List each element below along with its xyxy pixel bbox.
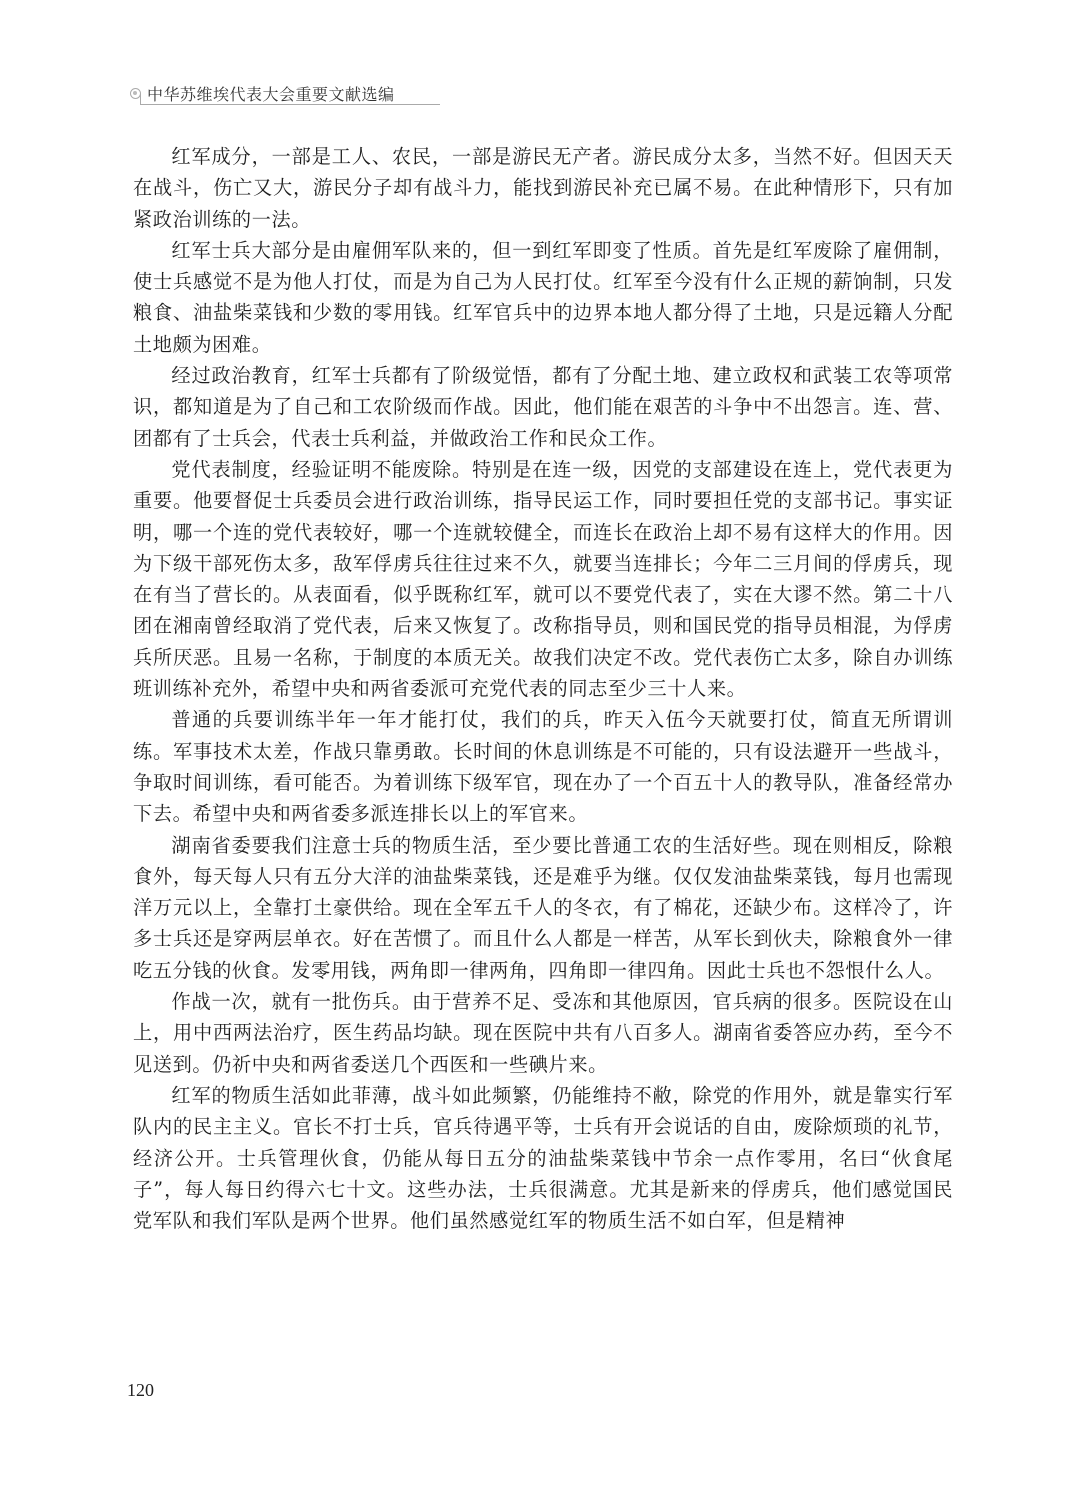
paragraph: 经过政治教育，红军士兵都有了阶级觉悟，都有了分配土地、建立政权和武装工农等项常识… xyxy=(133,360,953,454)
paragraph: 作战一次，就有一批伤兵。由于营养不足、受冻和其他原因，官兵病的很多。医院设在山上… xyxy=(133,986,953,1080)
paragraph: 红军成分，一部是工人、农民，一部是游民无产者。游民成分太多，当然不好。但因天天在… xyxy=(133,141,953,235)
paragraph: 红军士兵大部分是由雇佣军队来的，但一到红军即变了性质。首先是红军废除了雇佣制，使… xyxy=(133,235,953,360)
book-title: 中华苏维埃代表大会重要文献选编 xyxy=(147,82,395,105)
paragraph: 湖南省委要我们注意士兵的物质生活，至少要比普通工农的生活好些。现在则相反，除粮食… xyxy=(133,830,953,986)
paragraph: 党代表制度，经验证明不能废除。特别是在连一级，因党的支部建设在连上，党代表更为重… xyxy=(133,454,953,704)
body-text: 红军成分，一部是工人、农民，一部是游民无产者。游民成分太多，当然不好。但因天天在… xyxy=(133,141,953,1236)
paragraph: 普通的兵要训练半年一年才能打仗，我们的兵，昨天入伍今天就要打仗，简直无所谓训练。… xyxy=(133,704,953,829)
running-header: 中华苏维埃代表大会重要文献选编 xyxy=(130,80,395,106)
header-divider xyxy=(140,104,440,105)
paragraph: 红军的物质生活如此菲薄，战斗如此频繁，仍能维持不敝，除党的作用外，就是靠实行军队… xyxy=(133,1080,953,1236)
page-number: 120 xyxy=(127,1380,154,1401)
header-rule-tick xyxy=(140,94,141,104)
